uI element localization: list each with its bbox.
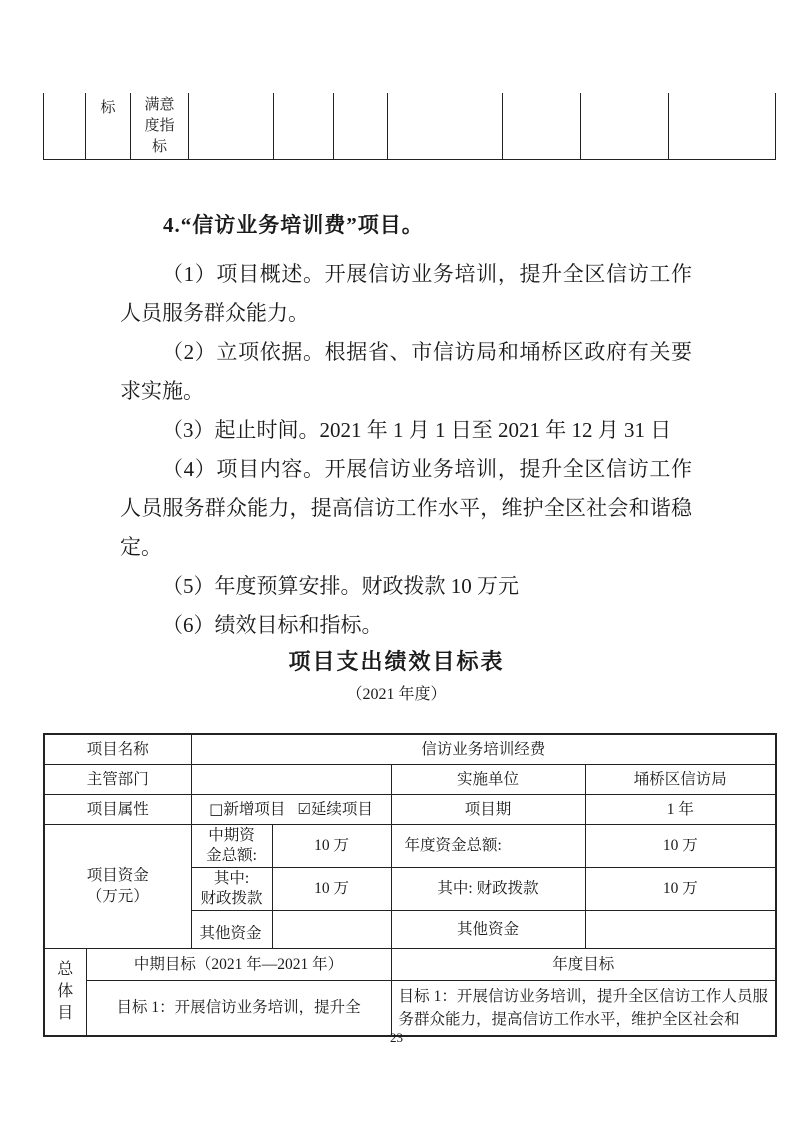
fragment-row: 标 满意 度指 标 xyxy=(44,93,776,160)
row-department: 主管部门 实施单位 埇桥区信访局 xyxy=(44,764,776,794)
page-number: 23 xyxy=(0,1030,793,1046)
impl-unit-label: 实施单位 xyxy=(391,764,585,794)
mid-fiscal-label: 其中: 财政拨款 xyxy=(191,867,272,910)
mid-other-value xyxy=(272,910,391,948)
mid-goal-header: 中期目标（2021 年—2021 年） xyxy=(86,948,391,980)
performance-goal-table: 项目名称 信访业务培训经费 主管部门 实施单位 埇桥区信访局 项目属性 □新增项… xyxy=(43,733,777,1037)
attribute-new-label: 新增项目 xyxy=(223,801,285,818)
paragraph-basis: （2）立项依据。根据省、市信访局和埇桥区政府有关要求实施。 xyxy=(120,333,692,411)
annual-total-value: 10 万 xyxy=(585,824,776,867)
mid-fiscal-value: 10 万 xyxy=(272,867,391,910)
row-project-name: 项目名称 信访业务培训经费 xyxy=(44,734,776,764)
attribute-cont-label: 延续项目 xyxy=(311,801,373,818)
fragment-cell xyxy=(669,93,776,160)
fragment-cell-satisfaction-indicator: 满意 度指 标 xyxy=(131,93,189,160)
row-funds-mid-total: 项目资金 （万元） 中期资 金总额: 10 万 年度资金总额: 10 万 xyxy=(44,824,776,867)
checkbox-checked-icon: ☑ xyxy=(297,800,310,818)
fragment-cell xyxy=(388,93,503,160)
overall-goal-side-label: 总 体 目 xyxy=(44,948,86,1036)
annual-other-label: 其他资金 xyxy=(391,910,585,948)
fragment-cell-biao: 标 xyxy=(86,93,131,160)
mid-total-label: 中期资 金总额: xyxy=(191,824,272,867)
document-page: 标 满意 度指 标 4.“信访业务培训费”项目。 （1）项目概述。开展信访业务培… xyxy=(0,0,793,1122)
row-goal-headers: 总 体 目 中期目标（2021 年—2021 年） 年度目标 xyxy=(44,948,776,980)
previous-table-fragment: 标 满意 度指 标 xyxy=(43,93,776,160)
paragraph-budget: （5）年度预算安排。财政拨款 10 万元 xyxy=(120,567,692,606)
department-label: 主管部门 xyxy=(44,764,191,794)
fragment-cell xyxy=(189,93,274,160)
annual-total-label: 年度资金总额: xyxy=(391,824,585,867)
period-value: 1 年 xyxy=(585,794,776,824)
paragraph-content: （4）项目内容。开展信访业务培训，提升全区信访工作人员服务群众能力，提高信访工作… xyxy=(120,450,692,567)
project-name-value: 信访业务培训经费 xyxy=(191,734,776,764)
paragraph-duration: （3）起止时间。2021 年 1 月 1 日至 2021 年 12 月 31 日 xyxy=(120,411,692,450)
annual-goal-header: 年度目标 xyxy=(391,948,776,980)
attribute-options: □新增项目☑延续项目 xyxy=(191,794,391,824)
funds-label: 项目资金 （万元） xyxy=(44,824,191,948)
goal-table-subtitle: （2021 年度） xyxy=(0,683,793,707)
section-heading: 4.“信访业务培训费”项目。 xyxy=(120,205,692,245)
mid-goal-text: 目标 1：开展信访业务培训，提升全 xyxy=(86,980,391,1036)
annual-other-value xyxy=(585,910,776,948)
fragment-cell xyxy=(44,93,86,160)
period-label: 项目期 xyxy=(391,794,585,824)
impl-unit-value: 埇桥区信访局 xyxy=(585,764,776,794)
annual-goal-text: 目标 1：开展信访业务培训，提升全区信访工作人员服务群众能力，提高信访工作水平，… xyxy=(391,980,776,1036)
row-goal-texts: 目标 1：开展信访业务培训，提升全 目标 1：开展信访业务培训，提升全区信访工作… xyxy=(44,980,776,1036)
annual-fiscal-value: 10 万 xyxy=(585,867,776,910)
section-body: （1）项目概述。开展信访业务培训，提升全区信访工作人员服务群众能力。 （2）立项… xyxy=(120,255,692,645)
mid-other-label: 其他资金 xyxy=(191,910,272,948)
attribute-label: 项目属性 xyxy=(44,794,191,824)
paragraph-overview: （1）项目概述。开展信访业务培训，提升全区信访工作人员服务群众能力。 xyxy=(120,255,692,333)
fragment-cell xyxy=(581,93,669,160)
department-value xyxy=(191,764,391,794)
fragment-cell xyxy=(274,93,334,160)
checkbox-unchecked-icon: □ xyxy=(209,800,223,818)
annual-fiscal-label: 其中: 财政拨款 xyxy=(391,867,585,910)
fragment-cell xyxy=(334,93,388,160)
project-name-label: 项目名称 xyxy=(44,734,191,764)
row-attribute: 项目属性 □新增项目☑延续项目 项目期 1 年 xyxy=(44,794,776,824)
fragment-cell xyxy=(503,93,581,160)
goal-table-title: 项目支出绩效目标表 xyxy=(0,648,793,676)
paragraph-goals: （6）绩效目标和指标。 xyxy=(120,606,692,645)
mid-total-value: 10 万 xyxy=(272,824,391,867)
